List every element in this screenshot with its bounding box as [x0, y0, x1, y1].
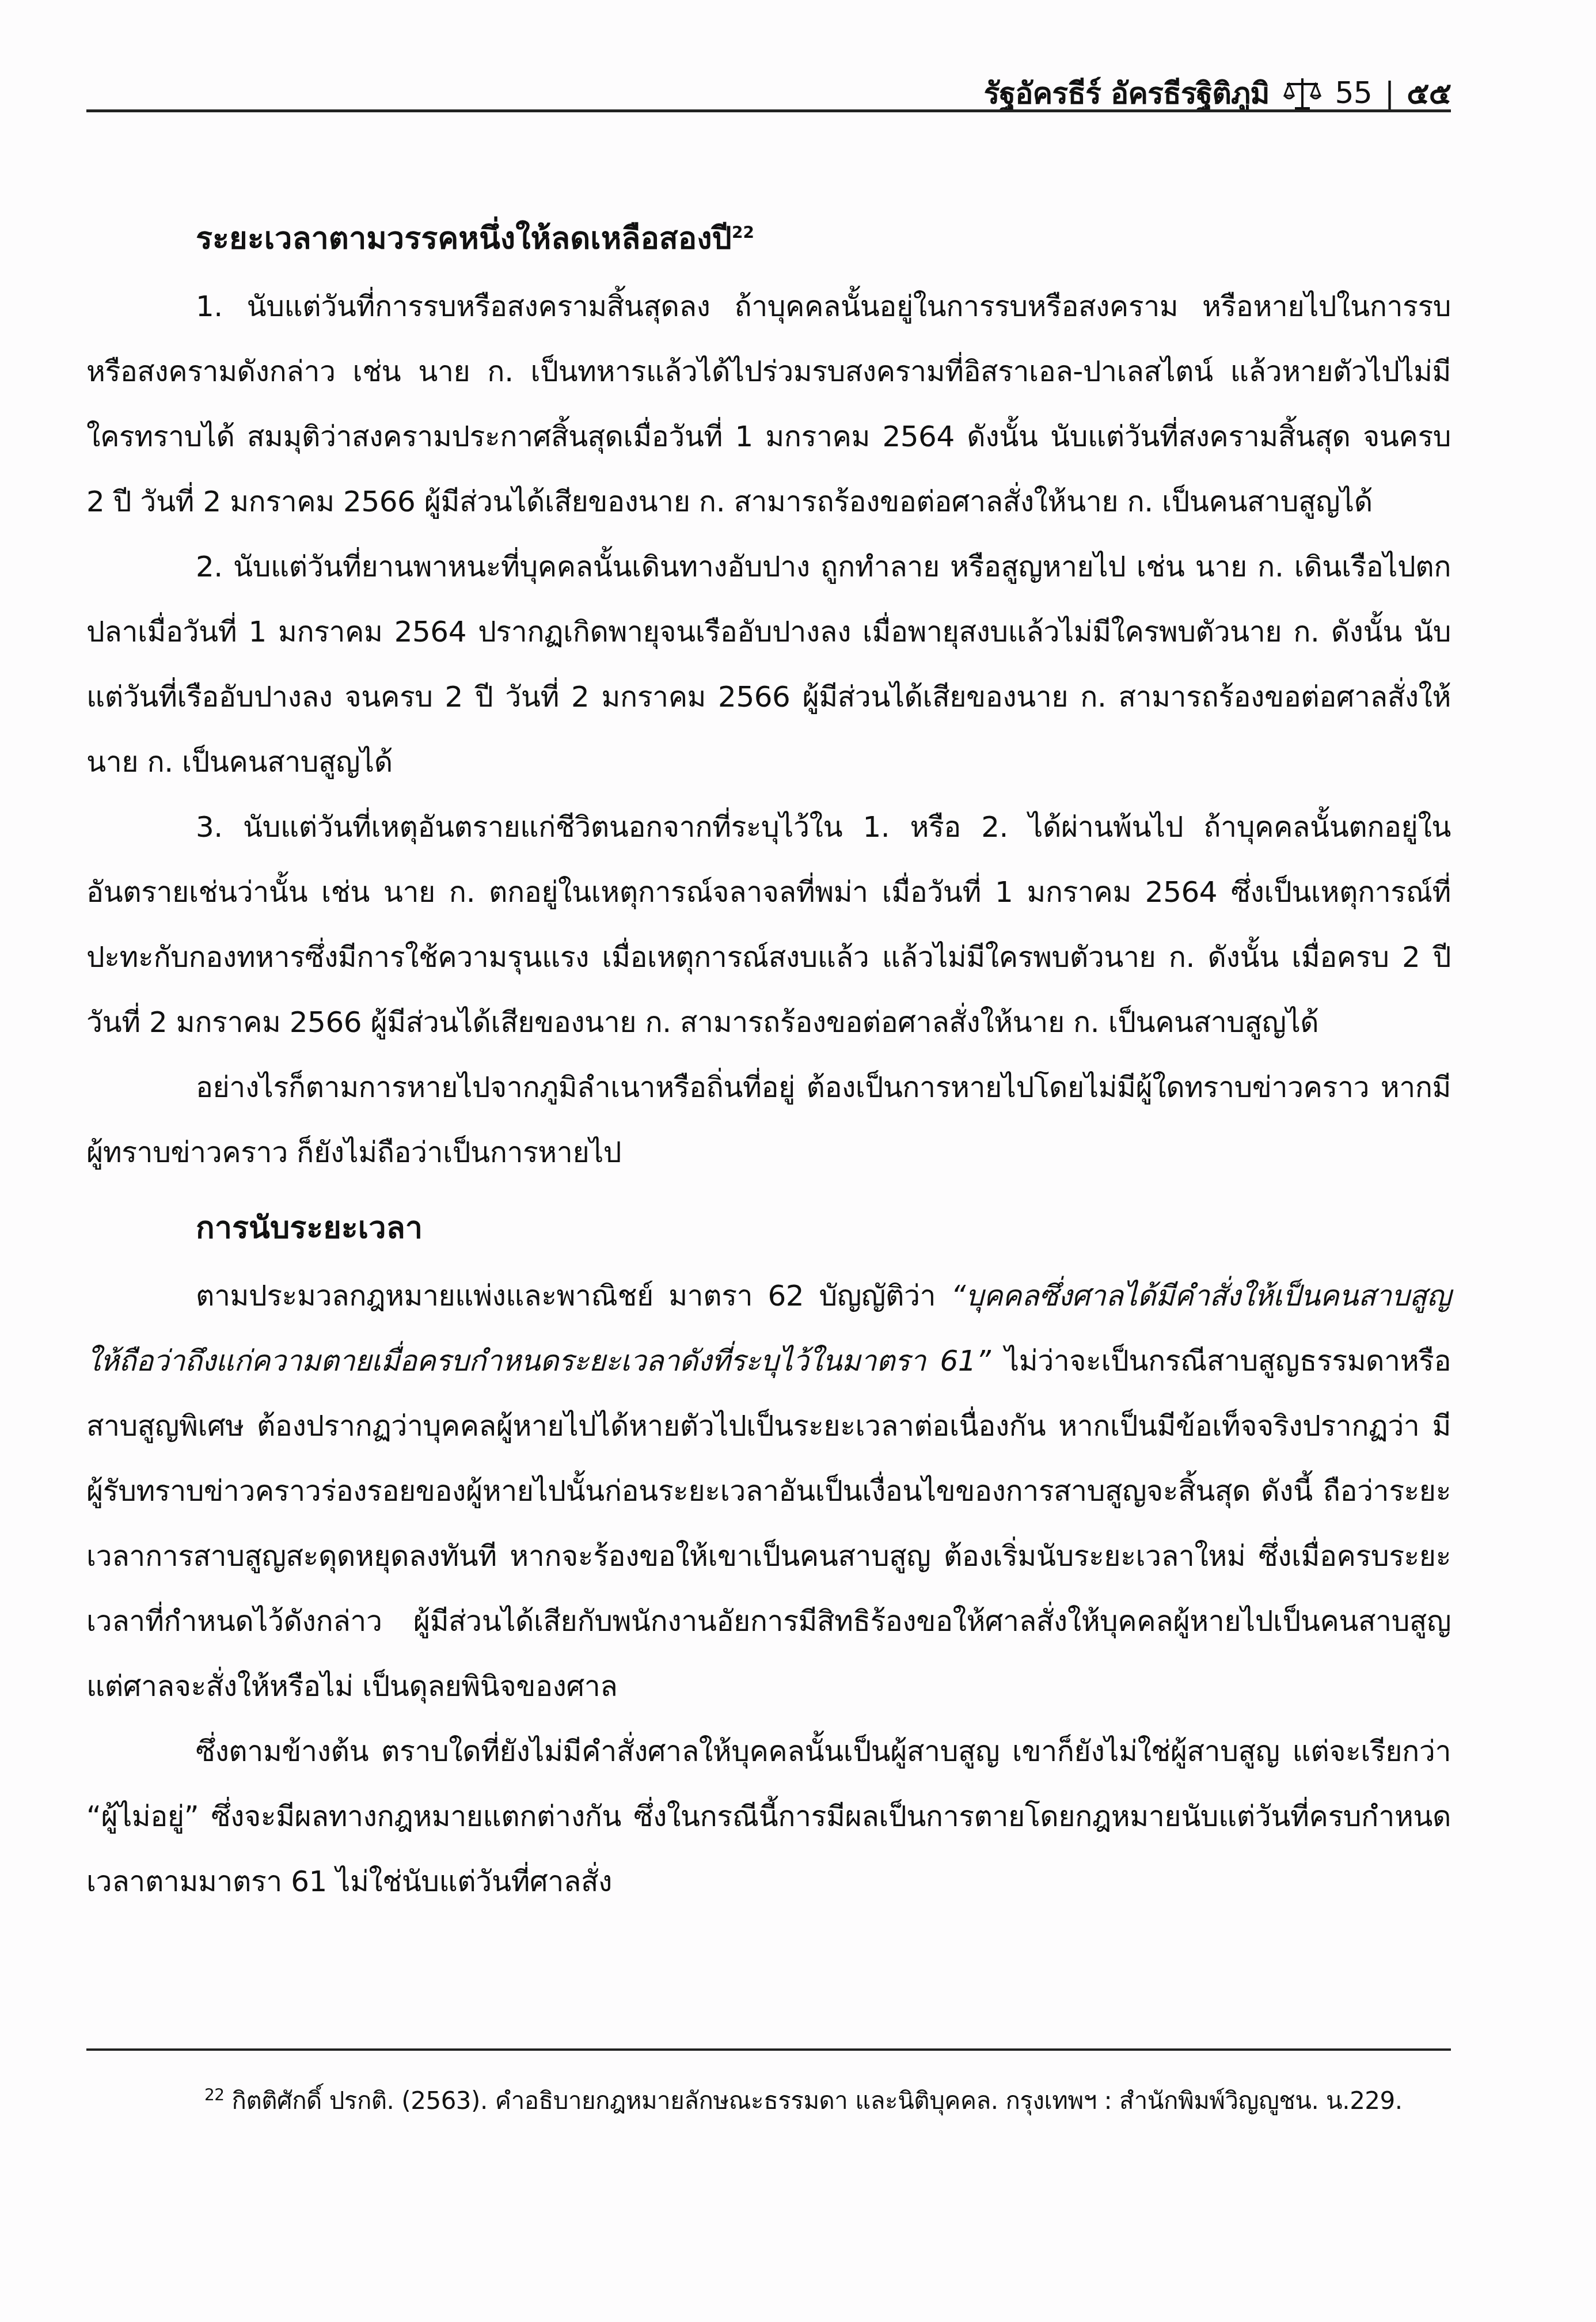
- page-number: 55: [1335, 76, 1372, 111]
- section-heading: ระยะเวลาตามวรรคหนึ่งให้ลดเหลือสองปี22: [196, 213, 1451, 263]
- list-item: 2. นับแต่วันที่ยานพาหนะที่บุคคลนั้นเดินท…: [86, 534, 1451, 795]
- list-item: 3. นับแต่วันที่เหตุอันตรายแก่ชีวิตนอกจาก…: [86, 795, 1451, 1055]
- section-heading: การนับระยะเวลา: [196, 1202, 1451, 1252]
- note-paragraph: อย่างไรก็ตามการหายไปจากภูมิลำเนาหรือถิ่น…: [86, 1055, 1451, 1185]
- body-paragraph: ซึ่งตามข้างต้น ตราบใดที่ยังไม่มีคำสั่งศา…: [86, 1719, 1451, 1914]
- list-item: 1. นับแต่วันที่การรบหรือสงครามสิ้นสุดลง …: [86, 274, 1451, 534]
- body-paragraph: ตามประมวลกฎหมายแพ่งและพาณิชย์ มาตรา 62 บ…: [86, 1264, 1451, 1719]
- page-body: ระยะเวลาตามวรรคหนึ่งให้ลดเหลือสองปี22 1.…: [86, 213, 1451, 1914]
- running-header: รัฐอัครธีร์ อัครธีรฐิติภูมิ 55 | ๕๕: [86, 69, 1451, 111]
- scales-of-justice-icon: [1282, 76, 1323, 111]
- header-rule: [86, 109, 1451, 112]
- footnote-rule: [86, 2048, 1451, 2051]
- page-separator: |: [1385, 76, 1394, 111]
- footnote: 22 กิตติศักดิ์ ปรกติ. (2563). คำอธิบายกฎ…: [86, 2067, 1451, 2128]
- footnote-ref: 22: [732, 223, 754, 242]
